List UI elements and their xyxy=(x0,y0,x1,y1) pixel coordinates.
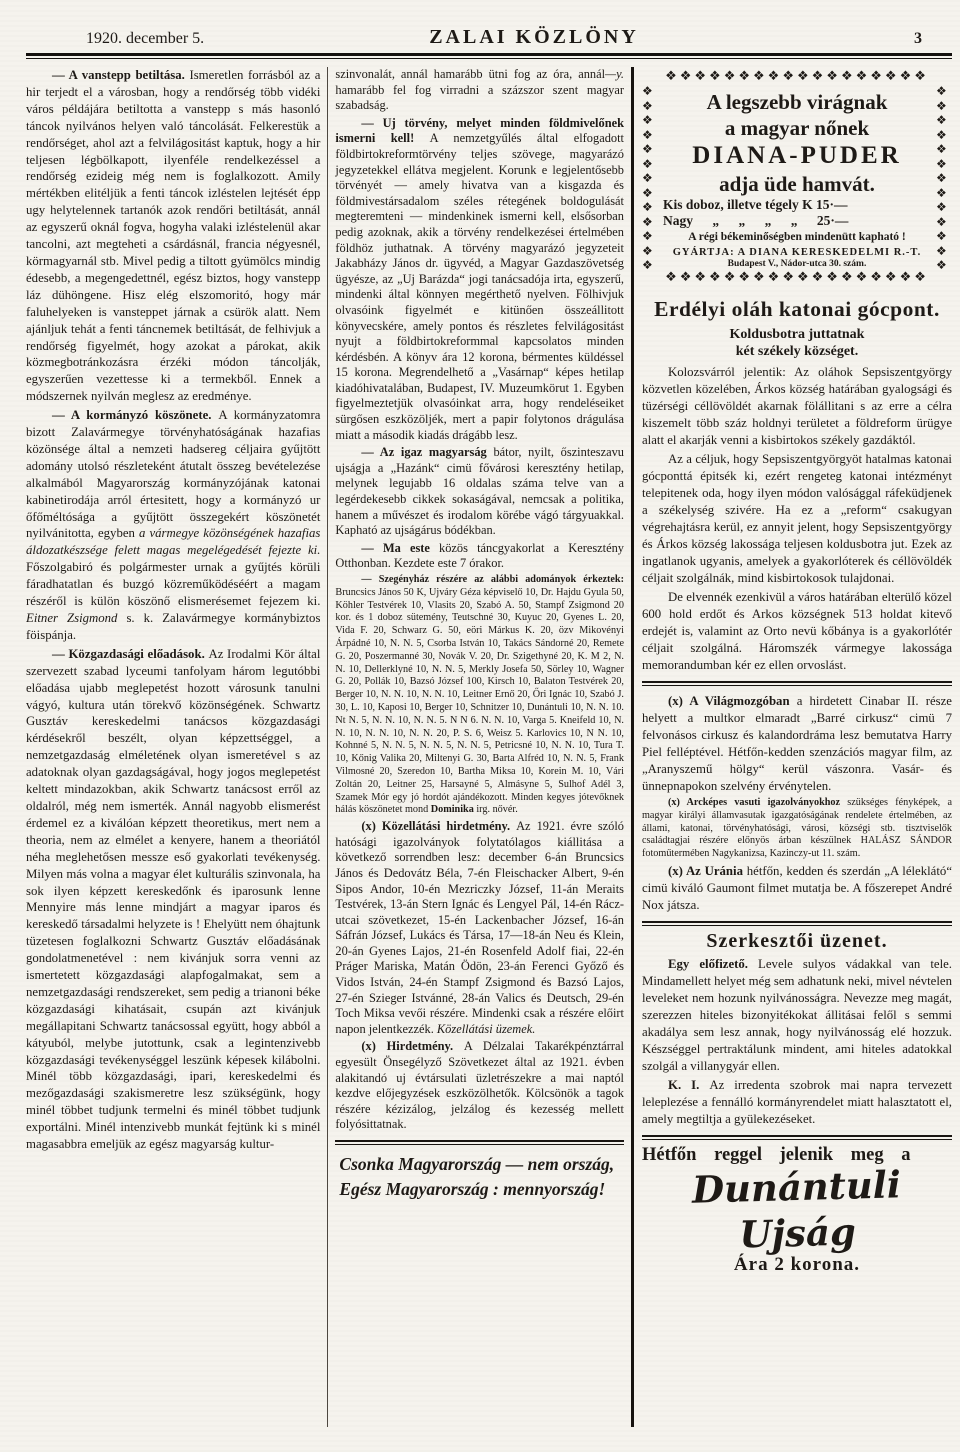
article-body: szinvonalát, annál hamarább ütni fog az … xyxy=(335,67,624,112)
article-kormanyzo-koszonete: — A kormányzó köszönete. A kormányzatomr… xyxy=(26,407,320,644)
editor-reply-2: K. I. Az irredenta szobrok mai napra ter… xyxy=(642,1077,952,1128)
article-kozellatasi-hirdetmeny: (x) Közellátási hirdetmény. Az 1921. évr… xyxy=(335,819,624,1037)
article-vilagmozgo: (x) A Világmozgóban a hirdetett Cinabar … xyxy=(642,693,952,795)
article-arckepes-igazolvany: (x) Arcképes vasuti igazolványokhoz szük… xyxy=(642,797,952,861)
article-lead: K. I. xyxy=(668,1078,709,1092)
newspaper-page: 1920. december 5. ZALAI KÖZLÖNY 3 — A va… xyxy=(0,0,960,1452)
article-lead: (x) Hirdetmény. xyxy=(361,1039,463,1053)
signature: Eitner Zsigmond xyxy=(26,611,117,625)
article-tancgyakorlat: — Ma este közös táncgyakorlat a Kereszté… xyxy=(335,541,624,572)
article-body: Levele sulyos vádakkal van tele. Mindame… xyxy=(642,957,952,1073)
author-initial: —y. xyxy=(605,67,624,83)
article-lead: — Ma este xyxy=(361,541,439,555)
motto-line: Csonka Magyarország — nem ország, xyxy=(339,1152,624,1177)
dunantuli-ujsag-promo: Hétfőn reggel jelenik meg a Dunántuli Uj… xyxy=(642,1147,952,1273)
diamond-border-left: ❖❖❖❖❖❖❖❖❖❖❖❖❖ xyxy=(642,84,657,272)
article-body: A nemzetgyűlés által elfogadott földbirt… xyxy=(335,131,624,441)
ad-note: A régi békeminőségben mindenütt kapható … xyxy=(659,230,935,244)
article-subhead: Koldusbotra juttatnak xyxy=(642,326,952,343)
article-lead: — Szegényház részére az alábbi adományok… xyxy=(361,574,624,585)
ad-headline-3: adja üde hamvát. xyxy=(659,171,935,197)
ad-address: Budapest V., Nádor-utca 30. szám. xyxy=(659,259,935,270)
newspaper-title: ZALAI KÖZLÖNY xyxy=(326,26,742,49)
article-body: A kormányzatomra bizott Zalavármegye tör… xyxy=(26,408,320,540)
column-right: ❖❖❖❖❖❖❖❖❖❖❖❖❖❖❖❖❖❖ ❖❖❖❖❖❖❖❖❖❖❖❖❖❖❖❖❖❖ ❖❖… xyxy=(634,67,952,1427)
ad-headline-1: A legszebb virágnak xyxy=(659,89,935,115)
promo-logo: Dunántuli Ujság xyxy=(641,1160,952,1260)
ad-price-large: Nagy „ „ „ „ 25·— xyxy=(659,213,935,229)
ad-price-small: Kis doboz, illetve tégely K 15·— xyxy=(659,197,935,213)
article-lead: — A kormányzó köszönete. xyxy=(52,408,218,422)
article-body: Ismeretlen forrásból az a hir terjedt el… xyxy=(26,68,320,403)
article-lead: Egy előfizető. xyxy=(668,957,758,971)
motto-line: Egész Magyarország : mennyország! xyxy=(339,1177,624,1202)
article-lead: (x) A Világmozgóban xyxy=(668,694,797,708)
ad-headline-2: a magyar nőnek xyxy=(659,115,935,141)
section-rule xyxy=(642,921,952,926)
gocpont-paragraph-1: Kolozsvárról jelentik: Az oláhok Sepsisz… xyxy=(642,364,952,449)
column-middle: —y.szinvonalát, annál hamarább ütni fog … xyxy=(328,67,631,1427)
article-uj-torveny: — Uj törvény, melyet minden földmivelőne… xyxy=(335,116,624,443)
article-lead: (x) Az Uránia xyxy=(668,864,747,878)
article-italic-passage: Közellátási üzemek. xyxy=(437,1022,535,1036)
article-continuation: —y.szinvonalát, annál hamarább ütni fog … xyxy=(335,67,624,114)
article-lead: — Közgazdasági előadások. xyxy=(52,647,208,661)
article-headline-gocpont: Erdélyi oláh katonai gócpont. xyxy=(642,297,952,322)
issue-date: 1920. december 5. xyxy=(86,30,326,48)
column-left: — A vanstepp betiltása. Ismeretlen forrá… xyxy=(26,67,327,1427)
gocpont-paragraph-2: Az a céljuk, hogy Sepsiszentgyörgyöt hat… xyxy=(642,451,952,587)
diamond-border-right: ❖❖❖❖❖❖❖❖❖❖❖❖❖ xyxy=(936,84,951,272)
article-lead: — Az igaz magyarság xyxy=(361,445,493,459)
diamond-border-bottom: ❖❖❖❖❖❖❖❖❖❖❖❖❖❖❖❖❖❖ xyxy=(642,270,952,287)
ad-content: A legszebb virágnak a magyar nőnek DIANA… xyxy=(659,85,935,271)
section-rule xyxy=(642,681,952,686)
section-rule xyxy=(642,1135,952,1140)
editor-message-title: Szerkesztői üzenet. xyxy=(642,933,952,950)
ad-manufacturer: GYÁRTJA: A DIANA KERESKEDELMI R.-T. xyxy=(659,246,935,259)
article-body: Főszolgabiró és polgármester urnak a gyű… xyxy=(26,560,320,608)
article-body: a hirdetett Cinabar II. része helyett a … xyxy=(642,694,952,793)
masthead-rule xyxy=(26,53,952,59)
article-lead: (x) Arcképes vasuti igazolványokhoz xyxy=(668,797,847,808)
masthead: 1920. december 5. ZALAI KÖZLÖNY 3 xyxy=(26,26,952,53)
article-vanstepp-betiltasa: — A vanstepp betiltása. Ismeretlen forrá… xyxy=(26,67,320,405)
article-kozgazdasagi-eloadasok: — Közgazdasági előadások. Az Irodalmi Kö… xyxy=(26,646,320,1153)
article-igaz-magyarsag: — Az igaz magyarság bátor, nyilt, őszint… xyxy=(335,445,624,539)
ad-brand-name: DIANA-PUDER xyxy=(659,141,935,171)
article-body: Az 1921. évre szóló hatósági igazolványo… xyxy=(335,819,624,1036)
gocpont-paragraph-3: De elvennék ezenkivül a város határában … xyxy=(642,589,952,674)
closing-name: Dominika xyxy=(431,804,474,815)
article-body: Az Irodalmi Kör által szervezett szabad … xyxy=(26,647,320,1151)
diana-puder-advertisement: ❖❖❖❖❖❖❖❖❖❖❖❖❖❖❖❖❖❖ ❖❖❖❖❖❖❖❖❖❖❖❖❖❖❖❖❖❖ ❖❖… xyxy=(642,69,952,287)
article-urania: (x) Az Uránia hétfőn, kedden és szerdán … xyxy=(642,863,952,914)
diamond-border-top: ❖❖❖❖❖❖❖❖❖❖❖❖❖❖❖❖❖❖ xyxy=(642,69,952,86)
article-lead: — A vanstepp betiltása. xyxy=(52,68,189,82)
editor-reply-1: Egy előfizető. Levele sulyos vádakkal va… xyxy=(642,956,952,1075)
article-hirdetmeny: (x) Hirdetmény. A Délzalai Takarékpénztá… xyxy=(335,1039,624,1133)
article-szegenyhaz-adomanyok: — Szegényház részére az alábbi adományok… xyxy=(335,574,624,817)
page-columns: — A vanstepp betiltása. Ismeretlen forrá… xyxy=(26,67,952,1427)
article-body: irg. nővér. xyxy=(474,804,518,815)
article-lead: (x) Közellátási hirdetmény. xyxy=(361,819,516,833)
motto: Csonka Magyarország — nem ország, Egész … xyxy=(335,1152,624,1202)
section-rule xyxy=(335,1140,624,1145)
donation-list: Bruncsics János 50 K, Ujváry Géza képvis… xyxy=(335,587,624,816)
page-number: 3 xyxy=(742,30,948,48)
article-subhead: két székely községet. xyxy=(642,343,952,360)
